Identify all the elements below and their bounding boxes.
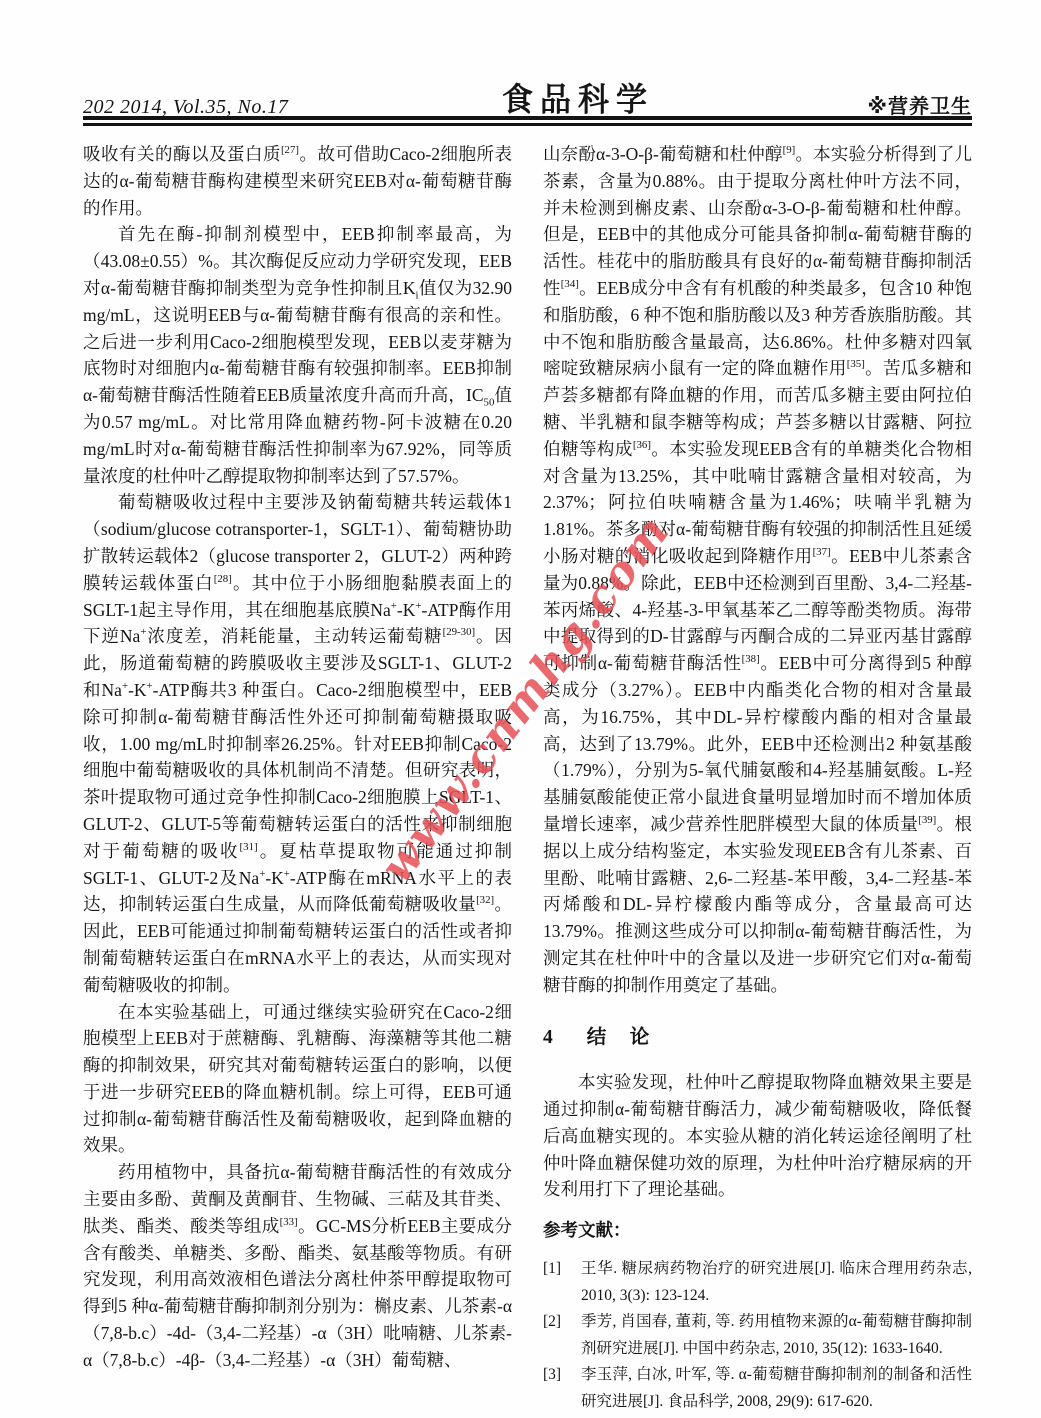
- paragraph: 本实验发现，杜仲叶乙醇提取物降血糖效果主要是通过抑制α-葡萄糖苷酶活力，减少葡萄…: [543, 1069, 972, 1203]
- references-label: 参考文献：: [543, 1217, 972, 1244]
- journal-page: 202 2014, Vol.35, No.17 食品科学 ※营养卫生 吸收有关的…: [0, 0, 1041, 1418]
- paragraph: 首先在酶-抑制剂模型中，EEB抑制率最高，为（43.08±0.55）%。其次酶促…: [83, 221, 512, 489]
- reference-item: [3]李玉萍, 白冰, 叶军, 等. α-葡萄糖苷酶抑制剂的制备和活性研究进展[…: [543, 1362, 972, 1415]
- section-number: 4: [543, 1025, 553, 1052]
- paragraph: 山奈酚α-3-O-β-葡萄糖和杜仲醇[9]。本实验分析得到了儿茶素，含量为0.8…: [543, 141, 972, 999]
- left-column: 吸收有关的酶以及蛋白质[27]。故可借助Caco-2细胞所表达的α-葡萄糖苷酶构…: [83, 141, 512, 1415]
- right-column: 山奈酚α-3-O-β-葡萄糖和杜仲醇[9]。本实验分析得到了儿茶素，含量为0.8…: [543, 141, 972, 1415]
- journal-title: 食品科学: [502, 73, 654, 120]
- paragraph: 葡萄糖吸收过程中主要涉及钠葡萄糖共转运载体1（sodium/glucose co…: [83, 489, 512, 998]
- reference-text: 李玉萍, 白冰, 叶军, 等. α-葡萄糖苷酶抑制剂的制备和活性研究进展[J].…: [581, 1362, 972, 1415]
- reference-text: 季芳, 肖国春, 董莉, 等. 药用植物来源的α-葡萄糖苷酶抑制剂研究进展[J]…: [581, 1309, 972, 1362]
- references-list: [1]王华. 糖尿病药物治疗的研究进展[J]. 临床合理用药杂志, 2010, …: [543, 1256, 972, 1415]
- header-rule: [83, 116, 972, 126]
- paragraph: 在本实验基础上，可通过继续实验研究在Caco-2细胞模型上EEB对于蔗糖酶、乳糖…: [83, 999, 512, 1160]
- section-title: 结 论: [587, 1025, 652, 1052]
- paragraph: 吸收有关的酶以及蛋白质[27]。故可借助Caco-2细胞所表达的α-葡萄糖苷酶构…: [83, 141, 512, 221]
- reference-text: 王华. 糖尿病药物治疗的研究进展[J]. 临床合理用药杂志, 2010, 3(3…: [581, 1256, 972, 1309]
- page-header: 202 2014, Vol.35, No.17 食品科学 ※营养卫生: [83, 74, 972, 119]
- reference-item: [1]王华. 糖尿病药物治疗的研究进展[J]. 临床合理用药杂志, 2010, …: [543, 1256, 972, 1309]
- conclusion-text: 本实验发现，杜仲叶乙醇提取物降血糖效果主要是通过抑制α-葡萄糖苷酶活力，减少葡萄…: [543, 1069, 972, 1203]
- reference-number: [2]: [543, 1309, 581, 1362]
- reference-number: [3]: [543, 1362, 581, 1415]
- article-body: 吸收有关的酶以及蛋白质[27]。故可借助Caco-2细胞所表达的α-葡萄糖苷酶构…: [83, 141, 972, 1415]
- section-category-label: ※营养卫生: [868, 90, 972, 119]
- reference-number: [1]: [543, 1256, 581, 1309]
- section-heading: 4 结 论: [543, 1025, 972, 1052]
- paragraph: 药用植物中，具备抗α-葡萄糖苷酶活性的有效成分主要由多酚、黄酮及黄酮苷、生物碱、…: [83, 1159, 512, 1373]
- reference-item: [2]季芳, 肖国春, 董莉, 等. 药用植物来源的α-葡萄糖苷酶抑制剂研究进展…: [543, 1309, 972, 1362]
- right-column-text: 山奈酚α-3-O-β-葡萄糖和杜仲醇[9]。本实验分析得到了儿茶素，含量为0.8…: [543, 141, 972, 999]
